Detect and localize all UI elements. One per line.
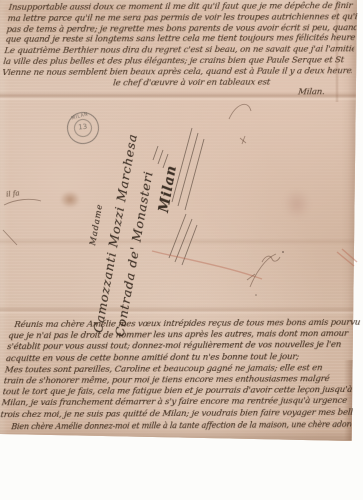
top-text-block: Insupportable aussi doux ce moment il me… xyxy=(0,1,359,105)
fold-crease-horizontal-middle xyxy=(0,238,357,245)
letter-scan: Insupportable aussi doux ce moment il me… xyxy=(0,0,363,500)
handwriting-line: Bien chère Amélie donnez-moi et mille à … xyxy=(11,419,352,433)
fold-crease-horizontal-bottom xyxy=(0,306,357,315)
brown-stain xyxy=(60,191,80,208)
handwriting-signoff: Milan. xyxy=(297,87,350,98)
postmark-date: 13 xyxy=(67,122,98,133)
bottom-text-block: Réunis ma chère Amélie mes vœux intrépid… xyxy=(0,318,362,437)
handwriting-line: Vienne ne nous semblent bien beaux après… xyxy=(2,66,353,79)
margin-note: il fa xyxy=(6,189,20,198)
